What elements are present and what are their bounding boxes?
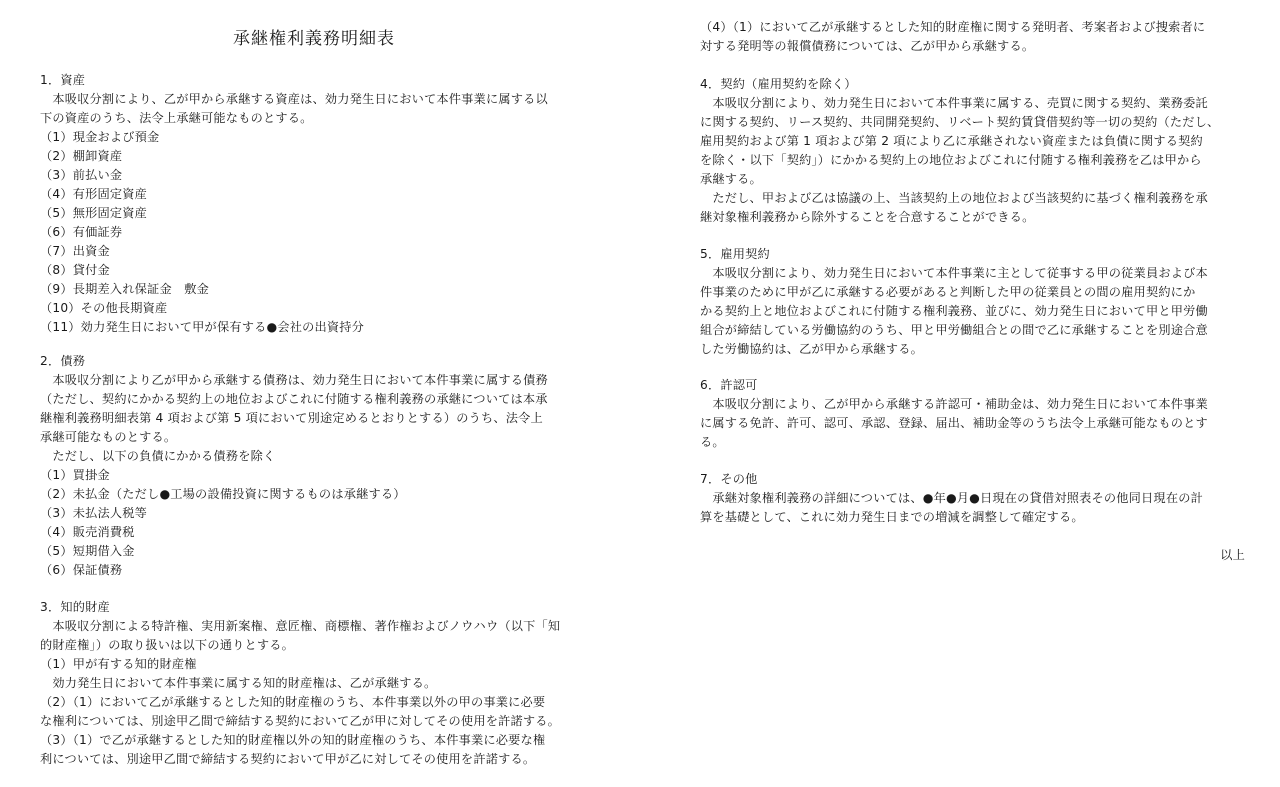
paragraph-line: 承継する。 (700, 170, 1245, 189)
paragraph-line: 組合が締結している労働協約のうち、甲と甲労働組合との間で乙に承継することを別途合… (700, 321, 1245, 340)
document-title: 承継権利義務明細表 (40, 28, 588, 50)
paragraph-line: 承継可能なものとする。 (40, 428, 588, 447)
list-item: （5）無形固定資産 (40, 204, 588, 223)
list-item: （6）有価証券 (40, 223, 588, 242)
paragraph-line: 的財産権」）の取り扱いは以下の通りとする。 (40, 636, 588, 655)
section-heading: 6．許認可 (700, 376, 1245, 395)
paragraph-line: 継対象権利義務から除外することを合意することができる。 (700, 208, 1245, 227)
section-intellectual-property: 3．知的財産 本吸収分割による特許権、実用新案権、意匠権、商標権、著作権およびノ… (40, 598, 588, 769)
section-contracts: 4．契約（雇用契約を除く） 本吸収分割により、効力発生日において本件事業に属する… (700, 75, 1245, 227)
list-item: （11）効力発生日において甲が保有する●会社の出資持分 (40, 318, 588, 337)
list-item: （1）買掛金 (40, 466, 588, 485)
closing-remark: 以上 (700, 546, 1245, 565)
section-employment: 5．雇用契約 本吸収分割により、効力発生日において本件事業に主として従事する甲の… (700, 245, 1245, 359)
paragraph-line: る。 (700, 433, 1245, 452)
paragraph-line: を除く・以下「契約」）にかかる契約上の地位およびこれに付随する権利義務を乙は甲か… (700, 151, 1245, 170)
paragraph-line: ただし、以下の負債にかかる債務を除く (40, 447, 588, 466)
paragraph-line: した労働協約は、乙が甲から承継する。 (700, 340, 1245, 359)
section-permits: 6．許認可 本吸収分割により、乙が甲から承継する許認可・補助金は、効力発生日にお… (700, 376, 1245, 452)
section-heading: 4．契約（雇用契約を除く） (700, 75, 1245, 94)
paragraph-line: 効力発生日において本件事業に属する知的財産権は、乙が承継する。 (40, 674, 588, 693)
paragraph-line: 件事業のために甲が乙に承継する必要があると判断した甲の従業員との間の雇用契約にか (700, 283, 1245, 302)
paragraph-line: に関する契約、リース契約、共同開発契約、リベート契約賃貸借契約等一切の契約（ただ… (700, 113, 1245, 132)
paragraph-line: 本吸収分割により、乙が甲から承継する資産は、効力発生日において本件事業に属する以 (40, 90, 588, 109)
paragraph-line: 算を基礎として、これに効力発生日までの増減を調整して確定する。 (700, 508, 1245, 527)
paragraph-line: （3）（1）で乙が承継するとした知的財産権以外の知的財産権のうち、本件事業に必要… (40, 731, 588, 750)
section-ip-continued: （4）（1）において乙が承継するとした知的財産権に関する発明者、考案者および捜索… (700, 18, 1245, 56)
list-item: （4）販売消費税 (40, 523, 588, 542)
list-item: （5）短期借入金 (40, 542, 588, 561)
section-liabilities: 2．債務 本吸収分割により乙が甲から承継する債務は、効力発生日において本件事業に… (40, 352, 588, 580)
paragraph-line: （ただし、契約にかかる契約上の地位およびこれに付随する権利義務の承継については本… (40, 390, 588, 409)
list-item: （8）貸付金 (40, 261, 588, 280)
paragraph-line: 雇用契約および第 1 項および第 2 項により乙に承継されない資産または負債に関… (700, 132, 1245, 151)
section-heading: 5．雇用契約 (700, 245, 1245, 264)
paragraph-line: 対する発明等の報償債務については、乙が甲から承継する。 (700, 37, 1245, 56)
paragraph-line: かる契約上と地位およびこれに付随する権利義務、並びに、効力発生日において甲と甲労… (700, 302, 1245, 321)
list-item: （2）棚卸資産 (40, 147, 588, 166)
section-heading: 2．債務 (40, 352, 588, 371)
list-item: （10）その他長期資産 (40, 299, 588, 318)
list-item: （3）前払い金 (40, 166, 588, 185)
paragraph-line: な権利については、別途甲乙間で締結する契約において乙が甲に対してその使用を許諾す… (40, 712, 588, 731)
paragraph-line: ただし、甲および乙は協議の上、当該契約上の地位および当該契約に基づく権利義務を承 (700, 189, 1245, 208)
list-item: （9）長期差入れ保証金 敷金 (40, 280, 588, 299)
section-other: 7．その他 承継対象権利義務の詳細については、●年●月●日現在の貸借対照表その他… (700, 470, 1245, 527)
list-item: （6）保証債務 (40, 561, 588, 580)
section-assets: 1．資産 本吸収分割により、乙が甲から承継する資産は、効力発生日において本件事業… (40, 71, 588, 337)
paragraph-line: に属する免許、許可、認可、承認、登録、届出、補助金等のうち法令上承継可能なものと… (700, 414, 1245, 433)
paragraph-line: 継権利義務明細表第 4 項および第 5 項において別途定めるとおりとする）のうち… (40, 409, 588, 428)
paragraph-line: 承継対象権利義務の詳細については、●年●月●日現在の貸借対照表その他同日現在の計 (700, 489, 1245, 508)
list-item: （4）有形固定資産 (40, 185, 588, 204)
closing-text: 以上 (700, 546, 1245, 565)
list-item: （1）現金および預金 (40, 128, 588, 147)
paragraph-line: （4）（1）において乙が承継するとした知的財産権に関する発明者、考案者および捜索… (700, 18, 1245, 37)
section-heading: 7．その他 (700, 470, 1245, 489)
paragraph-line: （2）（1）において乙が承継するとした知的財産権のうち、本件事業以外の甲の事業に… (40, 693, 588, 712)
paragraph-line: （1）甲が有する知的財産権 (40, 655, 588, 674)
paragraph-line: 本吸収分割により、効力発生日において本件事業に属する、売買に関する契約、業務委託 (700, 94, 1245, 113)
list-item: （7）出資金 (40, 242, 588, 261)
list-item: （3）未払法人税等 (40, 504, 588, 523)
section-heading: 1．資産 (40, 71, 588, 90)
paragraph-line: 本吸収分割により乙が甲から承継する債務は、効力発生日において本件事業に属する債務 (40, 371, 588, 390)
paragraph-line: 本吸収分割による特許権、実用新案権、意匠権、商標権、著作権およびノウハウ（以下「… (40, 617, 588, 636)
paragraph-line: 本吸収分割により、効力発生日において本件事業に主として従事する甲の従業員および本 (700, 264, 1245, 283)
paragraph-line: 利については、別途甲乙間で締結する契約において甲が乙に対してその使用を許諾する。 (40, 750, 588, 769)
list-item: （2）未払金（ただし●工場の設備投資に関するものは承継する） (40, 485, 588, 504)
section-heading: 3．知的財産 (40, 598, 588, 617)
paragraph-line: 本吸収分割により、乙が甲から承継する許認可・補助金は、効力発生日において本件事業 (700, 395, 1245, 414)
paragraph-line: 下の資産のうち、法令上承継可能なものとする。 (40, 109, 588, 128)
